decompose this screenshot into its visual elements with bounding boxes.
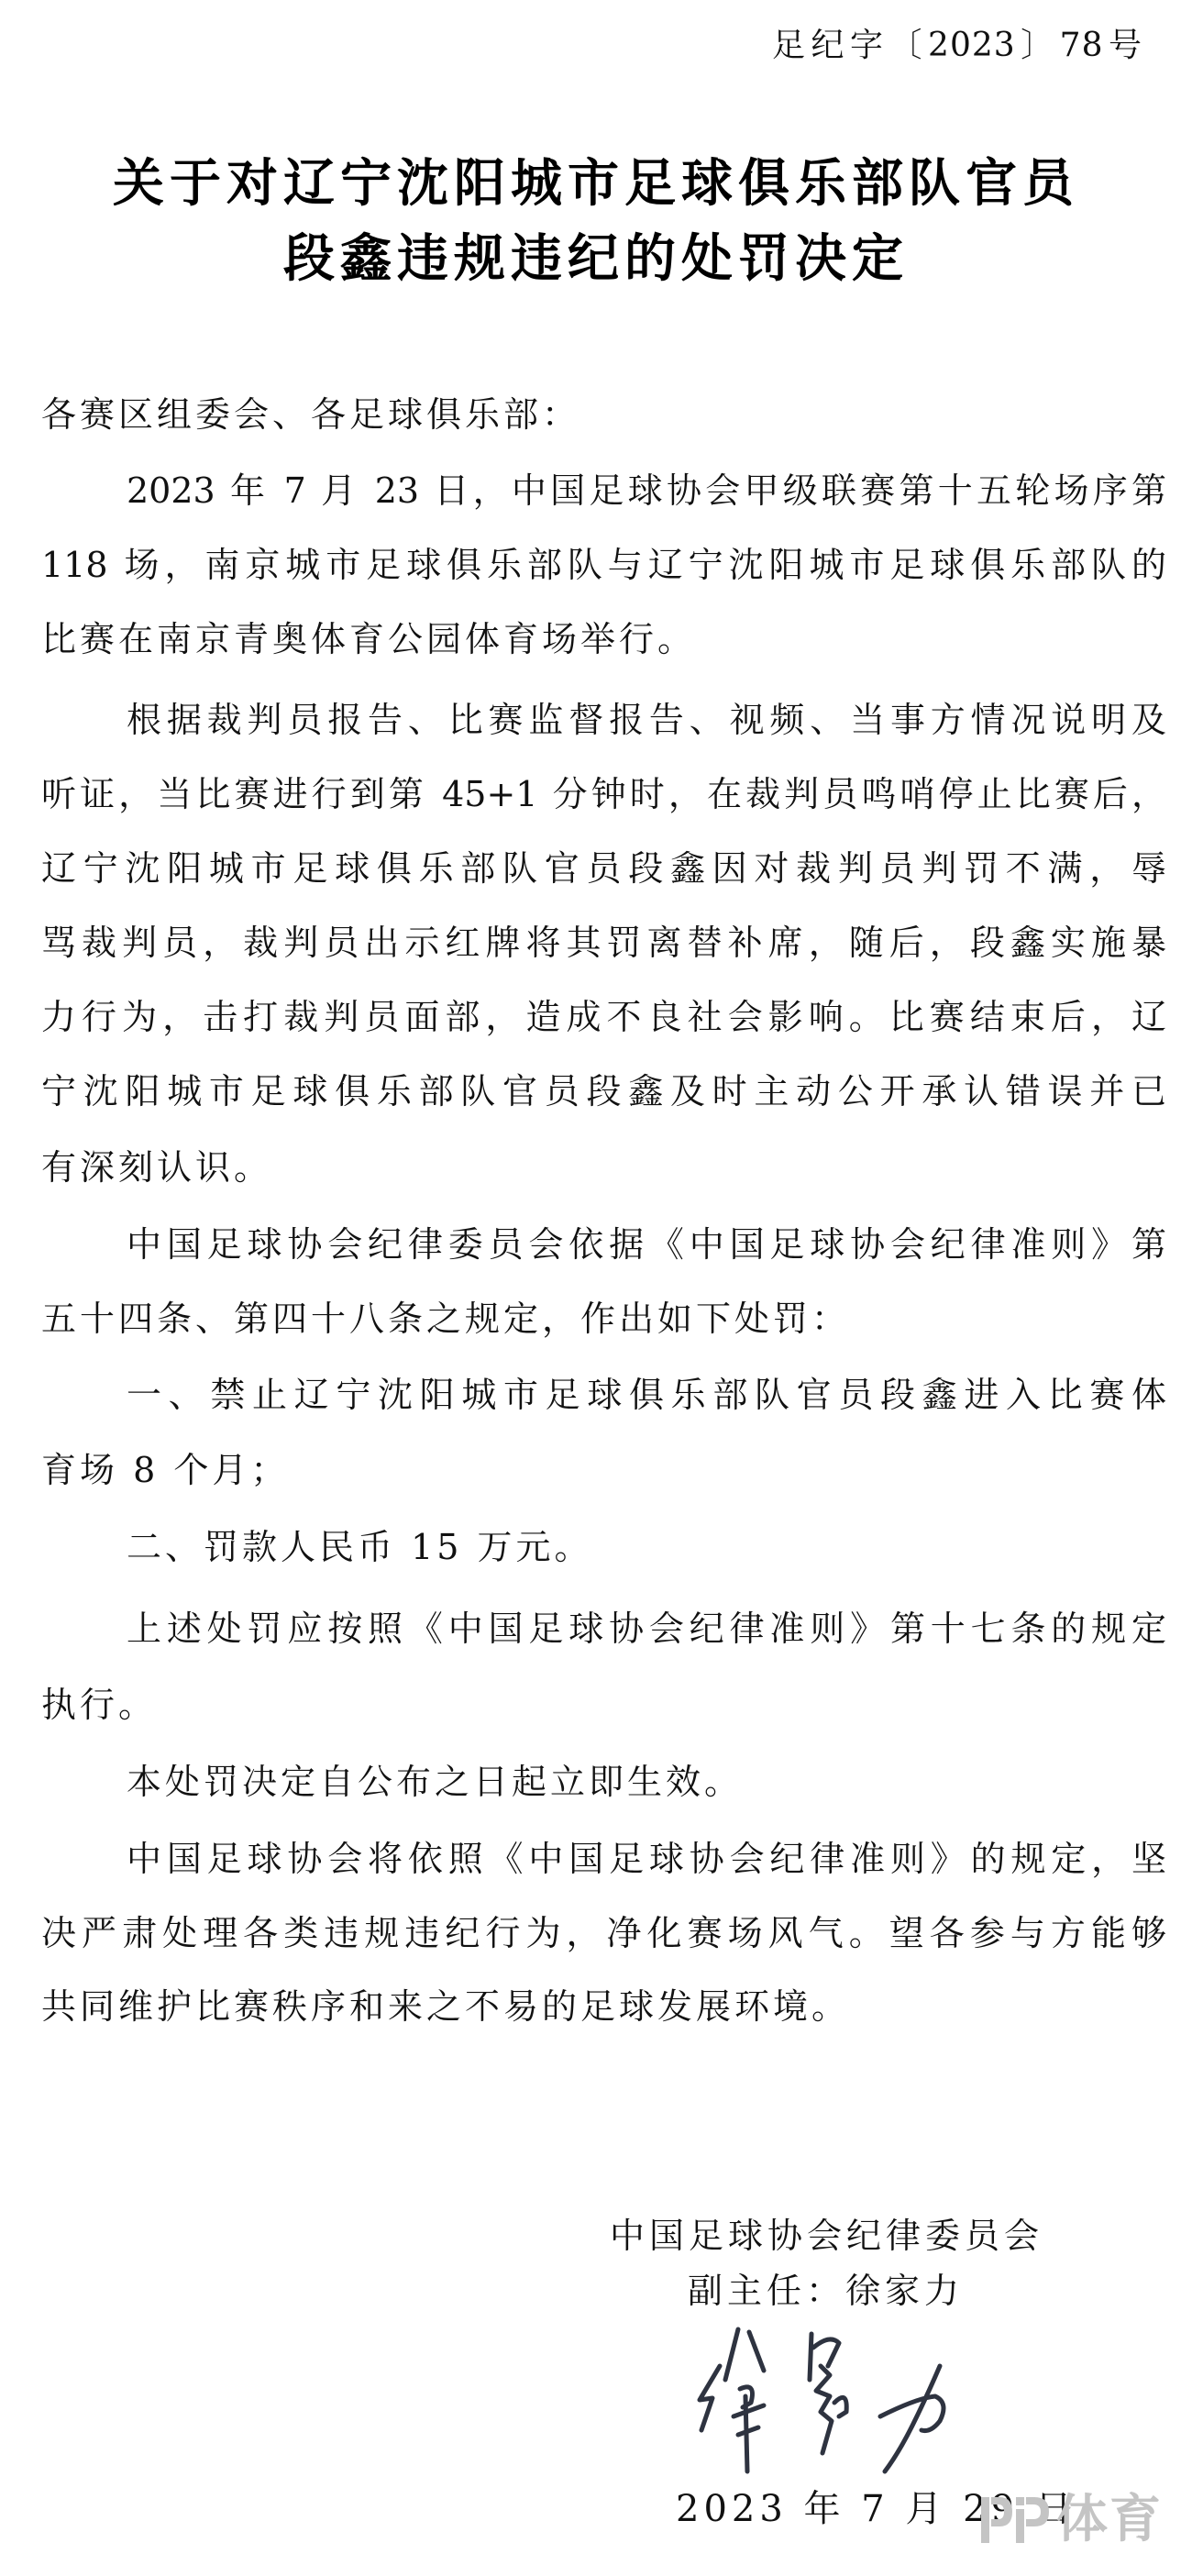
body-line: 决严肃处理各类违规违纪行为，净化赛场风气。望各参与方能够: [41, 1909, 1166, 1957]
penalty-item-2: 二、罚款人民币 15 万元。: [127, 1523, 593, 1571]
body-line: 有深刻认识。: [41, 1144, 272, 1191]
body-line: 中国足球协会纪律委员会依据《中国足球协会纪律准则》第: [127, 1221, 1166, 1268]
watermark-text: 体育: [1056, 2491, 1163, 2549]
body-line: 本处罚决定自公布之日起立即生效。: [127, 1758, 743, 1806]
body-line: 听证，当比赛进行到第 45+1 分钟时，在裁判员鸣哨停止比赛后，: [41, 770, 1166, 818]
pp-logo-icon: [979, 2493, 1051, 2547]
issuer-name: 中国足球协会纪律委员会: [610, 2212, 1043, 2260]
body-line: 宁沈阳城市足球俱乐部队官员段鑫及时主动公开承认错误并已: [41, 1067, 1166, 1115]
salutation: 各赛区组委会、各足球俱乐部：: [41, 391, 580, 438]
penalty-item-1-cont: 育场 8 个月；: [41, 1446, 289, 1494]
title-line-1: 关于对辽宁沈阳城市足球俱乐部队官员: [0, 154, 1192, 213]
handwritten-signature-icon: [692, 2325, 967, 2476]
signer-title: 副主任：徐家力: [688, 2267, 964, 2315]
body-line: 共同维护比赛秩序和来之不易的足球发展环境。: [41, 1983, 850, 2030]
body-line: 辽宁沈阳城市足球俱乐部队官员段鑫因对裁判员判罚不满，辱: [41, 845, 1166, 892]
body-line: 中国足球协会将依照《中国足球协会纪律准则》的规定，坚: [127, 1835, 1166, 1883]
body-line: 2023 年 7 月 23 日，中国足球协会甲级联赛第十五轮场序第: [127, 467, 1166, 514]
body-line: 根据裁判员报告、比赛监督报告、视频、当事方情况说明及: [127, 696, 1166, 744]
body-line: 力行为，击打裁判员面部，造成不良社会影响。比赛结束后，辽: [41, 993, 1166, 1041]
document-number: 足纪字〔2023〕78号: [772, 24, 1142, 68]
body-line: 五十四条、第四十八条之规定，作出如下处罚：: [41, 1295, 850, 1343]
body-line: 执行。: [41, 1681, 157, 1729]
body-line: 118 场，南京城市足球俱乐部队与辽宁沈阳城市足球俱乐部队的: [41, 541, 1166, 589]
body-line: 比赛在南京青奥体育公园体育场举行。: [41, 615, 696, 663]
pp-sports-watermark: 体育: [979, 2491, 1163, 2549]
penalty-item-1: 一、禁止辽宁沈阳城市足球俱乐部队官员段鑫进入比赛体: [127, 1371, 1166, 1419]
body-line: 上述处罚应按照《中国足球协会纪律准则》第十七条的规定: [127, 1605, 1166, 1653]
title-line-2: 段鑫违规违纪的处罚决定: [0, 229, 1192, 288]
body-line: 骂裁判员，裁判员出示红牌将其罚离替补席，随后，段鑫实施暴: [41, 919, 1166, 967]
